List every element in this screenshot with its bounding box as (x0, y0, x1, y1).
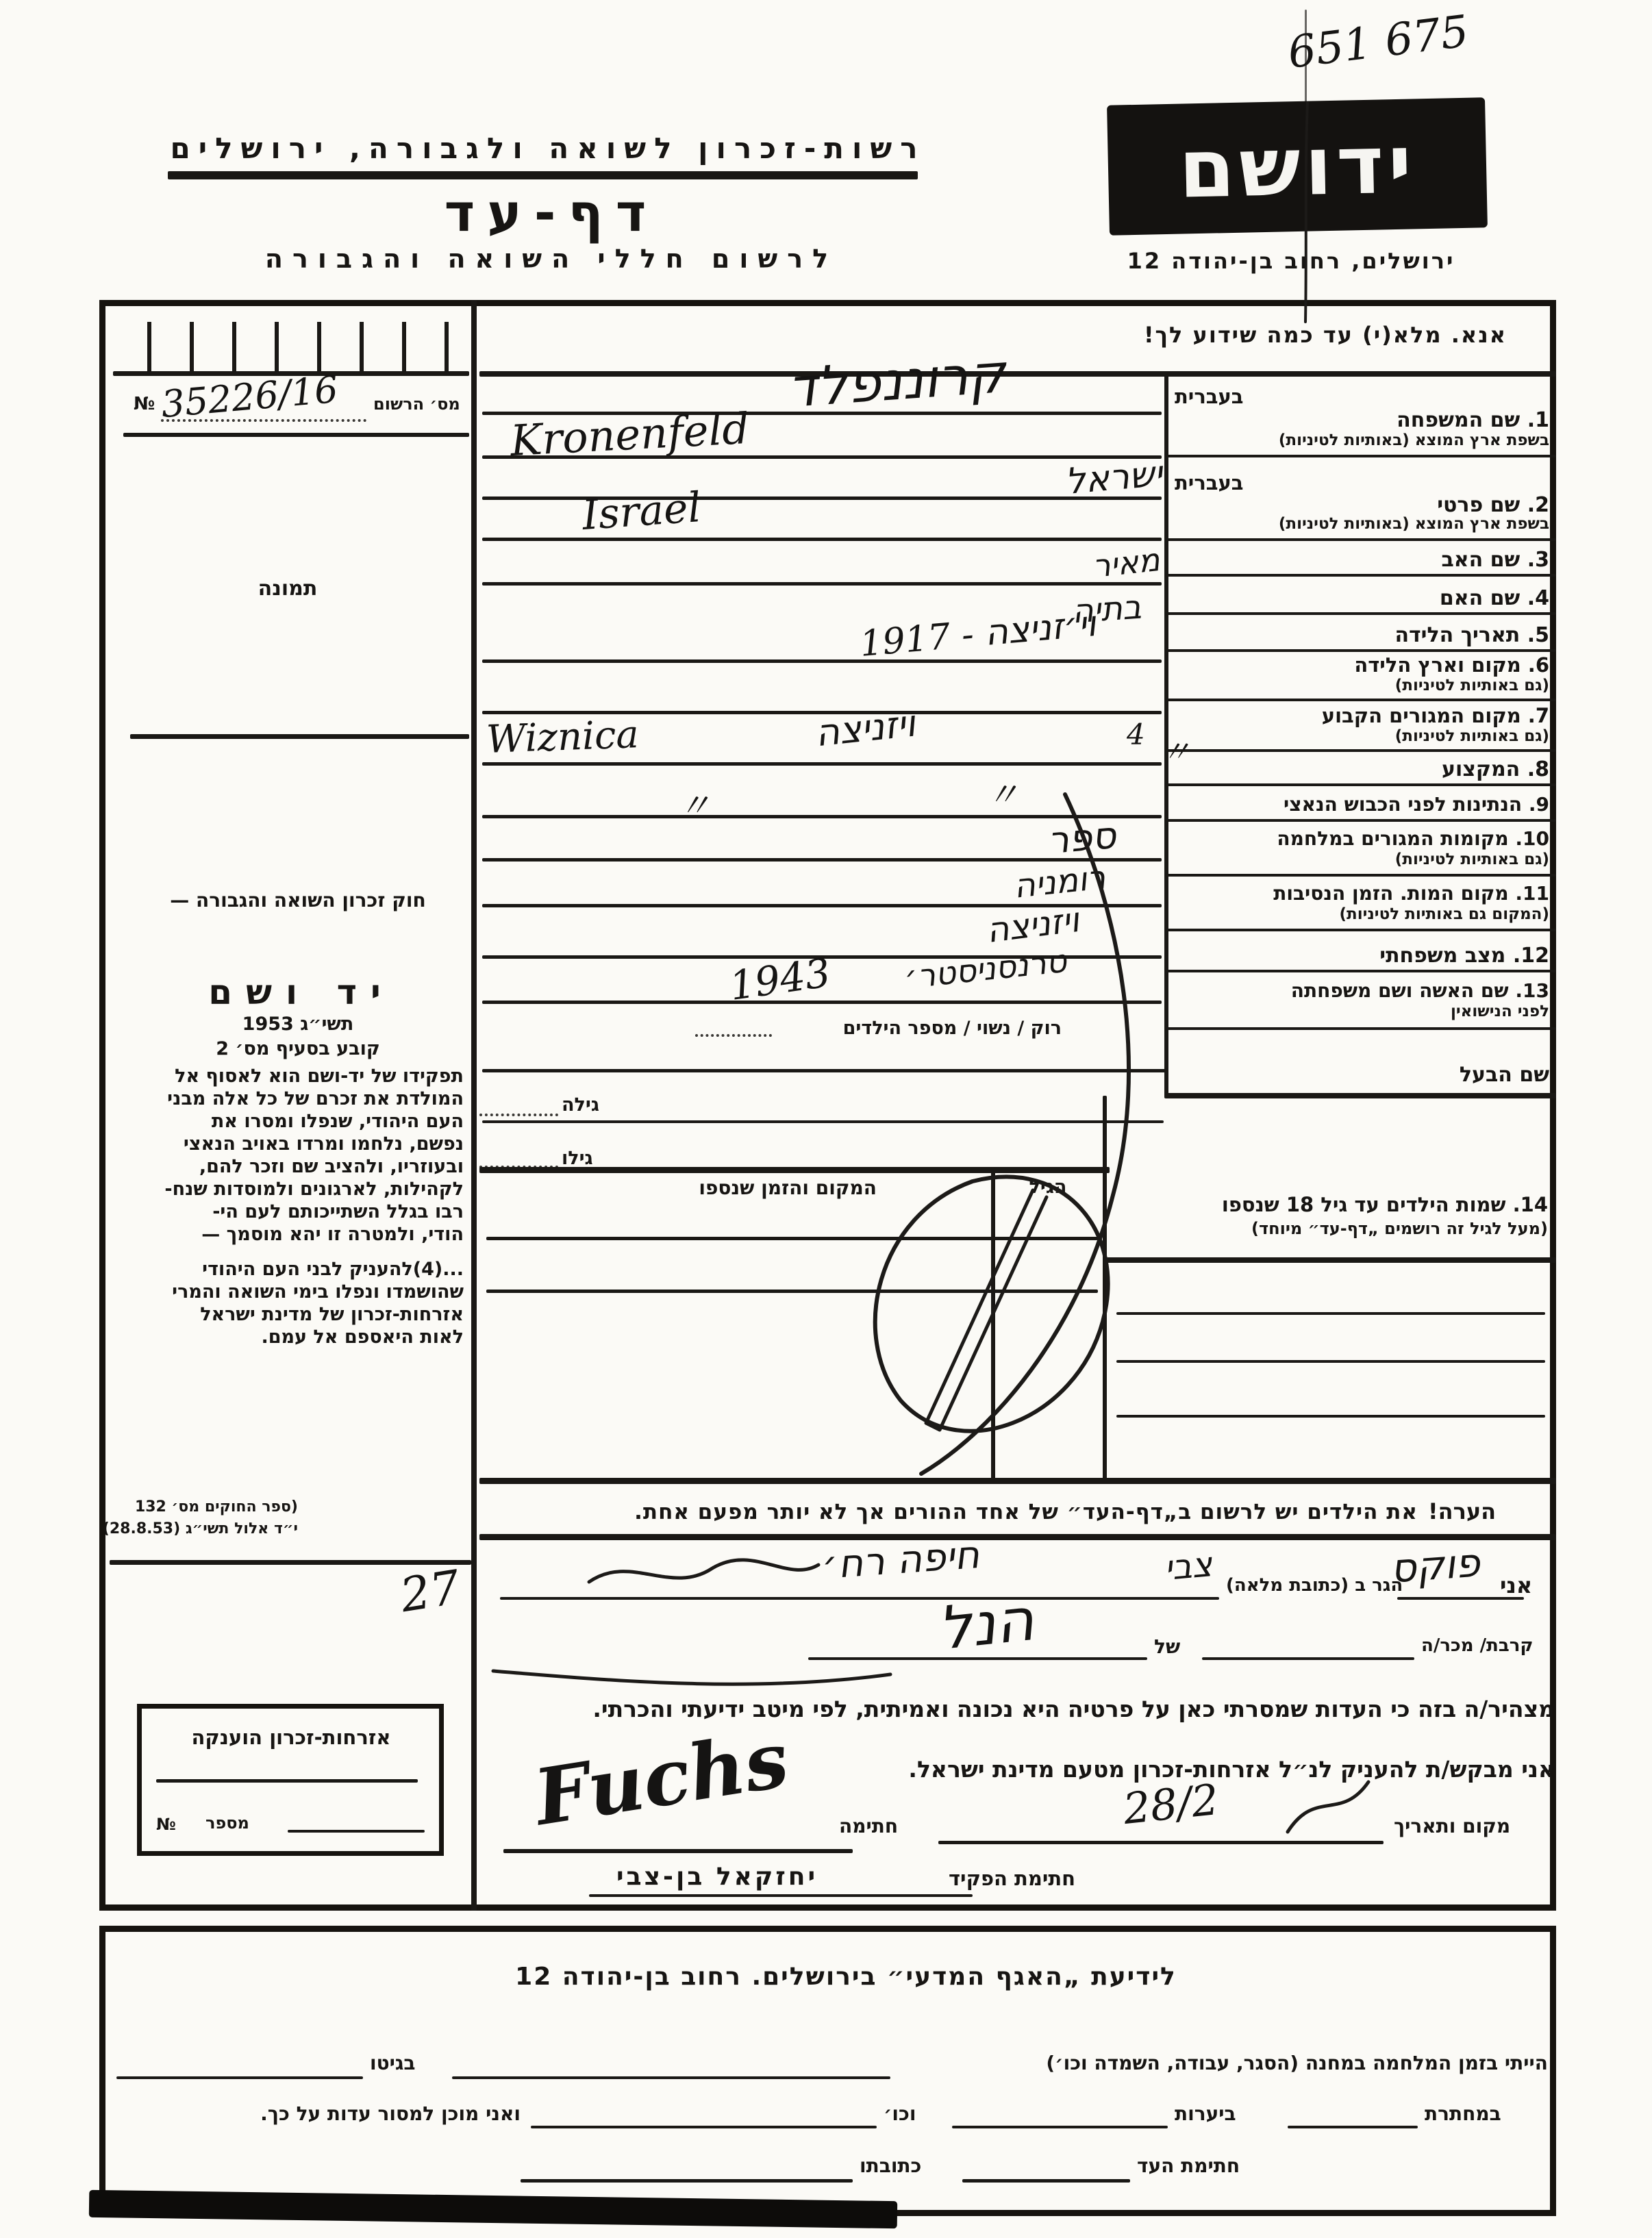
signature-label: חתימה (839, 1815, 898, 1837)
field-label-14: 14. שמות הילדים עד גיל 18 שנספו (1116, 1193, 1548, 1216)
writing-line (482, 1001, 1162, 1004)
table-row-line (486, 1290, 1098, 1293)
law-body-line: המולדת את זכרם של כל אלה מבני (118, 1088, 464, 1109)
note-top-rule (479, 1478, 1556, 1484)
field-note-6: (גם באותיות לטיניות) (1168, 677, 1549, 694)
husband-name-label: שם הבעל (1168, 1063, 1549, 1087)
writing-line (482, 1120, 1164, 1123)
etc-label: וכו׳ (884, 2102, 916, 2125)
label-underline (1164, 699, 1556, 701)
table-row-line (486, 1237, 1098, 1240)
table-vertical-line (991, 1167, 995, 1481)
field-label-7: 7. מקום המגורים הקבוע (1168, 704, 1549, 727)
top-strip-rule (479, 371, 1556, 377)
relation-handwriting: הנל (935, 1585, 1037, 1663)
entry-firstname-hebrew: ישראל (1064, 453, 1164, 503)
field-label-3: 3. שם האב (1168, 548, 1549, 572)
his-age-label: גילו (562, 1148, 593, 1169)
ghetto-label: בגיטו (370, 2052, 415, 2074)
writing-line (482, 1069, 1168, 1072)
field-note-14: (מעל לגיל זה רושמים „דף-עד״ מיוחד) (1116, 1219, 1548, 1238)
law-year: תשי״ג 1953 (219, 1014, 377, 1035)
children-name-line (1116, 1360, 1545, 1363)
children-name-line (1116, 1312, 1545, 1315)
photo-bottom-rule (130, 734, 469, 739)
tally-marks (232, 322, 236, 371)
field-note-1: בשפת ארץ המוצא (באותיות לטיניות) (1168, 431, 1549, 449)
label-underline (1164, 538, 1556, 541)
authority-underline (168, 171, 918, 179)
field-note-13: לפני הנישואין (1168, 1003, 1549, 1020)
registry-number-line (161, 419, 366, 422)
witness-address-line (521, 2179, 853, 2183)
etc-line (531, 2126, 877, 2128)
field-label-8: 8. המקצוע (1168, 757, 1549, 781)
tally-marks (317, 322, 321, 371)
field-note-2: בשפת ארץ המוצא (באותיות לטיניות) (1168, 515, 1549, 533)
fill-instruction: אנא. מלא(י) עד כמה שידוע לך! (1123, 322, 1507, 348)
residing-label: הגר ב (כתובת מלאה) (1226, 1575, 1403, 1596)
label-underline (1164, 574, 1556, 577)
law-grant-line: ...(4)להעניק לבני העם היהודי (118, 1259, 464, 1280)
law-intro: חוק זכרון השואה והגבורה — (134, 889, 462, 911)
entry-profession: ספר (1046, 814, 1117, 862)
form-subtitle: לרשום חללי השואה והגבורה (233, 244, 870, 274)
registry-number-label: מס׳ הרשום (373, 394, 460, 414)
table-top-rule (479, 1167, 1110, 1173)
memorial-no-sign: № (156, 1815, 176, 1834)
camp-line (452, 2076, 890, 2079)
field-label-4: 4. שם האם (1168, 586, 1549, 610)
entry-firstname-latin: Israel (581, 483, 703, 540)
signature-line (503, 1849, 853, 1853)
law-body-line: תפקידו של יד-ושם הוא לאסוף אל (118, 1066, 464, 1087)
label-underline (1164, 929, 1556, 931)
children-name-line (1116, 1415, 1545, 1418)
claimant-name-line (1397, 1597, 1524, 1600)
registry-no-sign: № (134, 394, 155, 414)
field-label-11: 11. מקום המות. הזמן הנסיבות (1168, 882, 1549, 905)
left-column-bottom-rule (110, 1560, 471, 1565)
field-note-10: (גם באותיות לטיניות) (1168, 851, 1549, 868)
law-body-line: לקהילות, לארגונים ולמוסדות שנח- (118, 1179, 464, 1200)
clerk-name: יחזקאל בן-צבי (616, 1863, 818, 1891)
table-header-age: הגיל (1000, 1177, 1096, 1198)
law-grant-line: לאות היאספם אל עמם. (118, 1327, 464, 1348)
tally-marks (402, 322, 406, 371)
marital-status-options: רוק / נשוי / מספר הילדים (774, 1018, 1062, 1039)
label-underline (1164, 612, 1556, 615)
left-column-divider (471, 300, 477, 1911)
address-number-handwriting: 27 (397, 1561, 464, 1624)
field-label-6: 6. מקום וארץ הלידה (1168, 653, 1549, 677)
law-body-line: העם היהודי, שנפלו ומסרו את (118, 1111, 464, 1132)
entry-residence-ditto: 〃 (678, 779, 711, 827)
camp-label: הייתי בזמן המלחמה במחנה (הסגר, עבודה, הש… (897, 2052, 1548, 2074)
note-label: הערה! (1428, 1498, 1496, 1524)
writing-line (482, 762, 1162, 766)
label-underline (1164, 783, 1556, 786)
label-underline (1164, 1027, 1556, 1030)
table-vertical-line (1103, 1096, 1107, 1481)
her-age-dotted-line (479, 1114, 558, 1116)
entry-stray-mark: 4 (1127, 718, 1145, 751)
field-label-9: 9. הנתינות לפני הכבוש הנאצי (1168, 793, 1549, 816)
testimony-page-scan: 651 675 רשות-זכרון לשואה ולגבורה, ירושלי… (0, 0, 1652, 2238)
entry-father-name: מאיר (1090, 541, 1161, 585)
entry-residence-ditto: 〃 (1161, 727, 1191, 771)
her-age-label: גילה (562, 1094, 599, 1116)
law-body-line: רבו בגלל השתייכותם לעם הי- (118, 1201, 464, 1222)
field-note-11: (המקום גם באותיות לטיניות) (1168, 905, 1549, 923)
i-label: אני (1500, 1572, 1532, 1598)
law-citation: י״ד אלול תשי״ג (28.8.53) (127, 1520, 298, 1537)
underground-label: במחתרת (1425, 2102, 1501, 2125)
field-label-13: 13. שם האשה ושם משפחתה (1168, 979, 1549, 1002)
lower-box-title: לידיעת „האגף המדעי״ בירושלים. רחוב בן-יה… (397, 1963, 1294, 1991)
claimant-address-line (500, 1597, 1219, 1600)
marital-dotted-line (695, 1034, 772, 1037)
authority-title: רשות-זכרון לשואה ולגבורה, ירושלים (164, 131, 931, 165)
yad-vashem-stamp: ידושם (1107, 97, 1488, 236)
forests-line (952, 2126, 1168, 2128)
memorial-box-title: אזרחות-זכרון הוענקה (158, 1726, 425, 1749)
tally-marks (360, 322, 364, 371)
claimant-name2-handwriting: צבי (1163, 1544, 1214, 1588)
clerk-name-underline (589, 1894, 973, 1897)
field-note-7: (גם באותיות לטיניות) (1168, 727, 1549, 745)
witness-signature-row-label: חתימת העד (1137, 2154, 1240, 2177)
memorial-box-line (156, 1779, 418, 1783)
entry-residence-ditto: 〃 (986, 768, 1019, 816)
note-text: את הילדים יש לרשום ב„דף-העד״ של אחד ההור… (500, 1500, 1418, 1524)
label-underline (1164, 649, 1556, 652)
children-label-rule (1106, 1257, 1556, 1263)
label-underline (1164, 455, 1556, 457)
label-underline (1164, 819, 1556, 822)
ghetto-line (116, 2076, 363, 2079)
label-underline (1164, 749, 1556, 752)
form-title: דף-עד (438, 182, 664, 243)
date-handwriting: 28/2 (1121, 1774, 1221, 1834)
place-date-line (938, 1841, 1384, 1844)
table-header-place-time: המקום והזמן שנספו (610, 1177, 877, 1199)
writing-line (482, 659, 1162, 663)
relation-label: קרבת/ מכר/ה (1421, 1635, 1534, 1656)
tally-marks (147, 322, 151, 371)
law-body-line: הודי, ולמטרה זו יהא מוסמך — (118, 1224, 464, 1245)
law-citation: (ספר החוקים מס׳ 132 (127, 1498, 298, 1516)
field-label-12: 12. מצב משפחתי (1168, 944, 1549, 968)
field-pre-label: בעברית (1175, 385, 1346, 408)
entry-birthplace-latin: Wiznica (486, 712, 640, 762)
declaration-text: מצהיר/ה בזה כי העדות שמסרתי כאן על פרטיה… (500, 1696, 1555, 1722)
memorial-number-label: מספר (205, 1813, 249, 1833)
law-grant-line: אזרחות-זכרון של מדינת ישראל (118, 1304, 464, 1325)
tally-marks (445, 322, 449, 371)
field-label-1: 1. שם המשפחה (1168, 408, 1549, 432)
of-label: של (1154, 1635, 1180, 1658)
law-grant-line: שהושמדו ונפלו בימי השואה והמרי (118, 1281, 464, 1303)
witness-signature-line (962, 2179, 1130, 2183)
law-body-line: ובעוזריו, ולהציב שם וזכר להם, (118, 1156, 464, 1177)
registry-bottom-rule (123, 433, 469, 437)
writing-line (482, 582, 1162, 586)
field-label-10: 10. מקומות המגורים במלחמה (1168, 827, 1549, 850)
yad-vashem-logo-text: ידושם (1177, 116, 1416, 216)
tally-marks (275, 322, 279, 371)
law-org-name: יד ושם (185, 972, 418, 1012)
place-date-label: מקום ותאריך (1394, 1815, 1510, 1837)
law-body-line: נפשם, נלחמו ומרדו באויב הנאצי (118, 1133, 464, 1155)
relation-line (1202, 1657, 1414, 1660)
tally-marks (190, 322, 194, 371)
witness-address-label: כתובתו (860, 2154, 921, 2177)
field-label-2: 2. שם פרטי (1168, 493, 1549, 517)
label-underline (1164, 874, 1556, 877)
file-number-handwriting: 651 675 (1285, 6, 1471, 79)
forests-label: ביערות (1175, 2102, 1236, 2125)
field-label-5: 5. תאריך הלידה (1168, 623, 1549, 647)
note-bottom-rule (479, 1534, 1556, 1540)
husband-row-rule (1164, 1093, 1556, 1098)
label-underline (1164, 970, 1556, 972)
clerk-signature-label: חתימת הפקיד (949, 1867, 1075, 1890)
underground-line (1288, 2126, 1418, 2128)
stamp-address: ירושלים, רחוב בן-יהודה 12 (1068, 248, 1514, 274)
memorial-number-line (288, 1830, 425, 1833)
field-pre-label: בעברית (1175, 471, 1346, 494)
ready-to-testify-label: ואני מוכן למסור עדות על כך. (116, 2102, 521, 2125)
law-clause: קובע בסעיף מס׳ 2 (205, 1038, 390, 1059)
photo-placeholder-label: תמונה (243, 577, 332, 601)
